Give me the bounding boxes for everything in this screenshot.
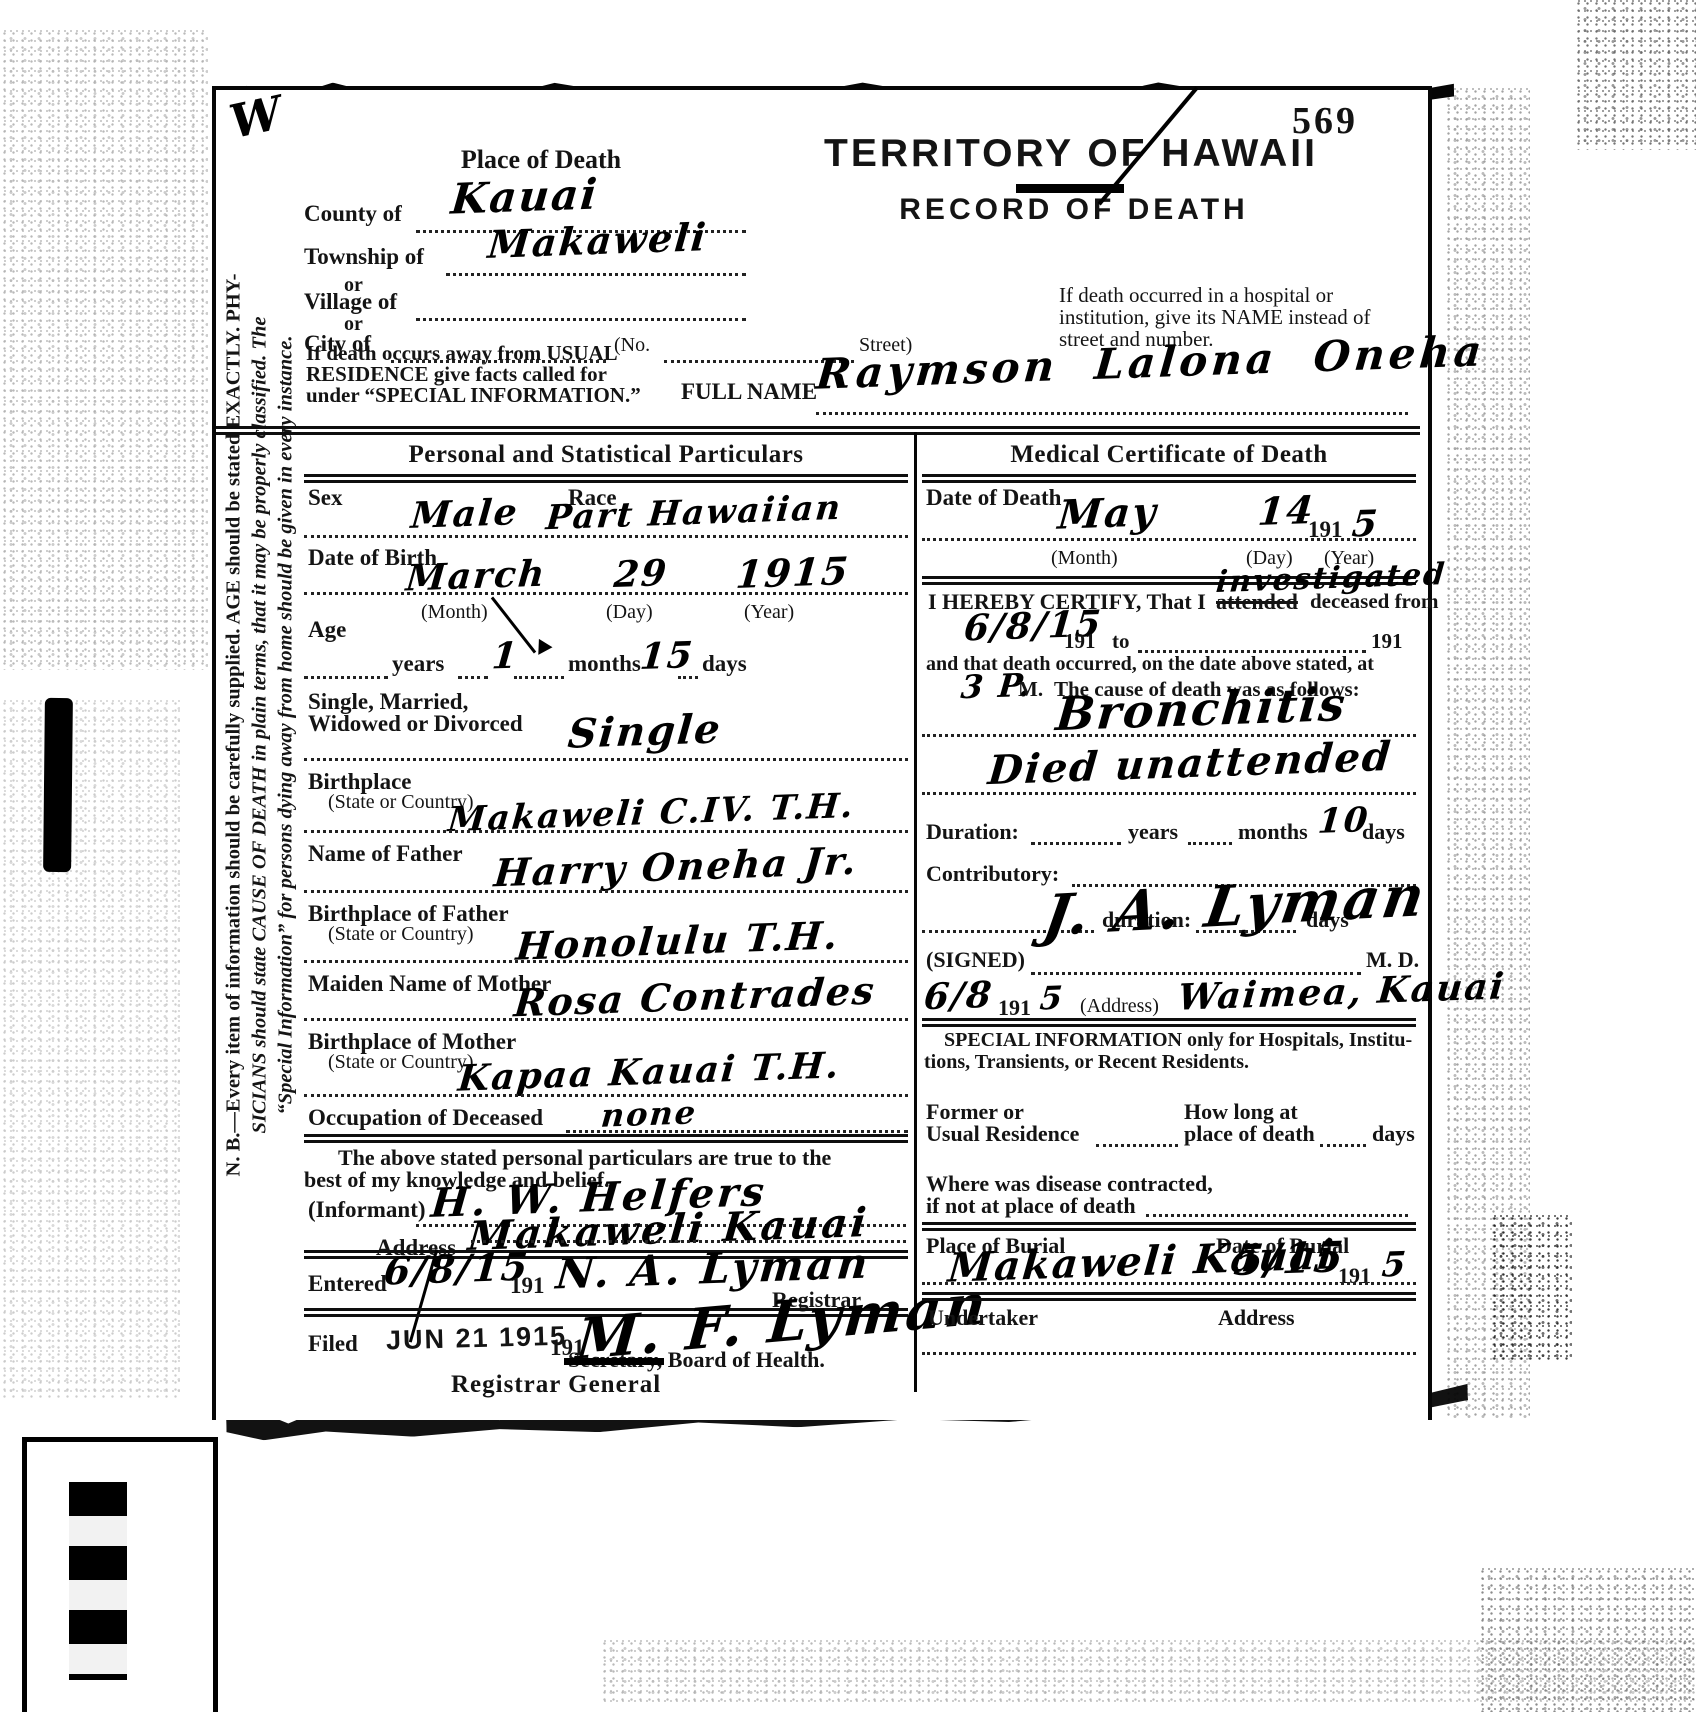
dod-month-value: May xyxy=(1056,492,1159,536)
dotted-line xyxy=(1188,842,1232,845)
dotted-line xyxy=(304,890,908,893)
registrar-general-label: Registrar General xyxy=(451,1372,661,1398)
entered-year-prefix: 191 xyxy=(510,1274,545,1298)
margin-note-line3: “Special Information” for persons dying … xyxy=(273,103,299,1348)
margin-note: N. B.—Every item of information should b… xyxy=(221,103,307,1348)
former-residence-label2: Usual Residence xyxy=(926,1122,1079,1145)
duration-years-label: years xyxy=(1128,820,1178,843)
contributory-label: Contributory: xyxy=(926,862,1059,885)
residence-note-line3: under “SPECIAL INFORMATION.” xyxy=(306,384,641,406)
record-title: RECORD OF DEATH xyxy=(874,194,1274,226)
margin-note-line1: N. B.—Every item of information should b… xyxy=(221,103,247,1348)
dod-year-digit: 5 xyxy=(1350,505,1380,542)
mother-birthplace-value: Kapaa Kauai T.H. xyxy=(457,1047,842,1096)
dotted-line xyxy=(1031,842,1121,845)
scan-noise-left-bottom xyxy=(0,700,180,1400)
dotted-line xyxy=(304,592,908,595)
personal-section-title: Personal and Statistical Particulars xyxy=(304,442,908,468)
dob-month-value: March xyxy=(404,555,547,596)
special-info-line2: tions, Transients, or Recent Residents. xyxy=(924,1052,1249,1073)
special-info-line1: SPECIAL INFORMATION only for Hospitals, … xyxy=(944,1030,1412,1051)
informant-label: (Informant) xyxy=(308,1198,426,1222)
film-density-scale xyxy=(69,1482,127,1680)
signed-year-prefix: 191 xyxy=(998,996,1031,1019)
from-year-prefix: 191 xyxy=(1064,630,1096,652)
dotted-line xyxy=(922,1282,1416,1285)
cause-of-death-value: Bronchitis xyxy=(1054,681,1349,737)
residence-note-line2: RESIDENCE give facts called for xyxy=(306,363,607,385)
time-m-label: M. xyxy=(1018,678,1043,700)
dotted-line xyxy=(922,538,1416,541)
age-months-value: 1 xyxy=(490,637,520,674)
age-months-label: months xyxy=(568,652,641,676)
dotted-line xyxy=(922,792,1416,795)
residence-note-line1: If death occurs away from USUAL xyxy=(306,342,618,364)
died-unattended-note: Died unattended xyxy=(986,737,1393,791)
dob-day-value: 29 xyxy=(612,555,669,593)
dotted-line xyxy=(1096,1144,1178,1147)
signed-year-digit: 5 xyxy=(1039,982,1066,1015)
scan-noise-bottom-band xyxy=(600,1640,1696,1702)
medical-section-title: Medical Certificate of Death xyxy=(922,442,1416,468)
dob-year-value: 1915 xyxy=(734,552,851,594)
signed-address-caption: (Address) xyxy=(1080,996,1159,1017)
father-birthplace-value: Honolulu T.H. xyxy=(514,916,840,965)
dotted-line xyxy=(1320,1144,1366,1147)
father-birthplace-caption: (State or Country) xyxy=(328,924,474,945)
filed-label: Filed xyxy=(308,1332,358,1356)
physician-signature: J. A. Lyman xyxy=(1040,868,1431,945)
death-certificate: N. B.—Every item of information should b… xyxy=(212,86,1432,1420)
age-label: Age xyxy=(308,618,346,642)
hospital-note-line2: institution, give its NAME instead of xyxy=(1059,306,1370,328)
dotted-line xyxy=(304,676,388,679)
margin-note-line2: SICIANS should state CAUSE OF DEATH in p… xyxy=(247,103,273,1348)
dod-month-caption: (Month) xyxy=(1051,548,1118,569)
mother-name-value: Rosa Contrades xyxy=(512,972,877,1023)
howlong-label1: How long at xyxy=(1184,1100,1298,1123)
undertaker-label: Undertaker xyxy=(928,1306,1038,1329)
to-year-prefix: 191 xyxy=(1371,630,1403,652)
howlong-label2: place of death xyxy=(1184,1122,1315,1145)
rule xyxy=(922,1222,1416,1231)
entered-date-value: 6/8/15 xyxy=(382,1247,531,1290)
race-value: Part Hawaiian xyxy=(545,491,844,535)
duration-months-label: months xyxy=(1238,820,1308,843)
physician-address-value: Waimea, Kauai xyxy=(1177,968,1507,1016)
dotted-line xyxy=(304,960,908,963)
filed-date-stamp: JUN 21 1915 xyxy=(386,1322,568,1355)
mother-birthplace-caption: (State or Country) xyxy=(328,1052,474,1073)
date-of-death-label: Date of Death xyxy=(926,486,1061,510)
entered-label: Entered xyxy=(308,1272,387,1296)
day-caption: (Day) xyxy=(606,602,653,623)
attended-struck: attended xyxy=(1216,590,1298,613)
occupation-label: Occupation of Deceased xyxy=(308,1106,543,1130)
sex-label: Sex xyxy=(308,486,343,510)
place-of-death-title: Place of Death xyxy=(406,146,676,173)
dotted-line xyxy=(922,1352,1416,1355)
attestation-line1: The above stated personal particulars ar… xyxy=(338,1146,831,1169)
burial-date-value: 5/15 xyxy=(1232,1236,1347,1282)
county-label: County of xyxy=(304,202,402,226)
full-name-value: Raymson Lalona Oneha xyxy=(814,330,1487,396)
scanned-death-certificate-page: N. B.—Every item of information should b… xyxy=(0,0,1696,1712)
dotted-line xyxy=(304,535,908,538)
contracted-label1: Where was disease contracted, xyxy=(926,1172,1213,1195)
year-caption: (Year) xyxy=(744,602,794,623)
howlong-days-label: days xyxy=(1372,1122,1415,1145)
dotted-line xyxy=(304,758,908,761)
pen-arrow-head xyxy=(532,639,553,659)
dotted-line xyxy=(304,830,908,833)
rule xyxy=(922,474,1416,483)
section-rule xyxy=(216,426,1420,435)
county-value: Kauai xyxy=(449,173,600,220)
scan-noise-top-right-corner xyxy=(1574,0,1696,150)
to-label: to xyxy=(1112,630,1130,652)
scan-noise-left-top xyxy=(0,30,208,670)
occupation-value: none xyxy=(600,1096,699,1131)
dotted-line xyxy=(416,318,746,321)
column-divider xyxy=(914,432,917,1392)
film-density-frame xyxy=(22,1437,218,1712)
pen-mark: W xyxy=(226,89,288,145)
father-name-value: Harry Oneha Jr. xyxy=(492,842,859,893)
dotted-line xyxy=(1146,1214,1408,1217)
dotted-line xyxy=(816,412,1408,415)
secretary-strike xyxy=(564,1358,664,1365)
rule xyxy=(922,1292,1416,1301)
age-days-value: 15 xyxy=(638,637,695,675)
rule xyxy=(304,474,908,483)
film-artifact-bar xyxy=(43,698,73,872)
former-residence-label1: Former or xyxy=(926,1100,1024,1123)
township-label: Township of xyxy=(304,245,424,269)
marital-label-line2: Widowed or Divorced xyxy=(308,712,523,736)
township-value: Makaweli xyxy=(486,218,709,264)
no-label: (No. xyxy=(614,335,650,356)
territory-title: TERRITORY OF HAWAII xyxy=(816,134,1326,175)
village-label: Village of xyxy=(304,290,397,314)
scan-noise-right-clump xyxy=(1490,1215,1572,1360)
age-days-label: days xyxy=(702,652,747,676)
dotted-line xyxy=(446,273,746,276)
full-name-label: FULL NAME xyxy=(681,380,817,404)
dotted-line xyxy=(304,1018,908,1021)
signed-label: (SIGNED) xyxy=(926,948,1025,971)
undertaker-address-label: Address xyxy=(1218,1306,1295,1329)
age-years-label: years xyxy=(392,652,444,676)
sex-value: Male xyxy=(409,494,520,534)
contracted-label2: if not at place of death xyxy=(926,1194,1136,1217)
duration-label: Duration: xyxy=(926,820,1019,843)
father-name-label: Name of Father xyxy=(308,842,463,866)
dotted-line xyxy=(458,676,488,679)
marital-value: Single xyxy=(566,709,723,755)
duration-days-label: days xyxy=(1362,820,1405,843)
signed-date-value: 6/8 xyxy=(922,977,994,1016)
rule xyxy=(304,1134,908,1143)
month-caption: (Month) xyxy=(421,602,488,623)
hospital-note-line1: If death occurred in a hospital or xyxy=(1059,284,1333,306)
burial-year-digit: 5 xyxy=(1381,1247,1410,1282)
dotted-line xyxy=(514,676,564,679)
dotted-line xyxy=(678,676,698,679)
certify-text-2: deceased from xyxy=(1310,590,1439,612)
rule xyxy=(922,1018,1416,1027)
